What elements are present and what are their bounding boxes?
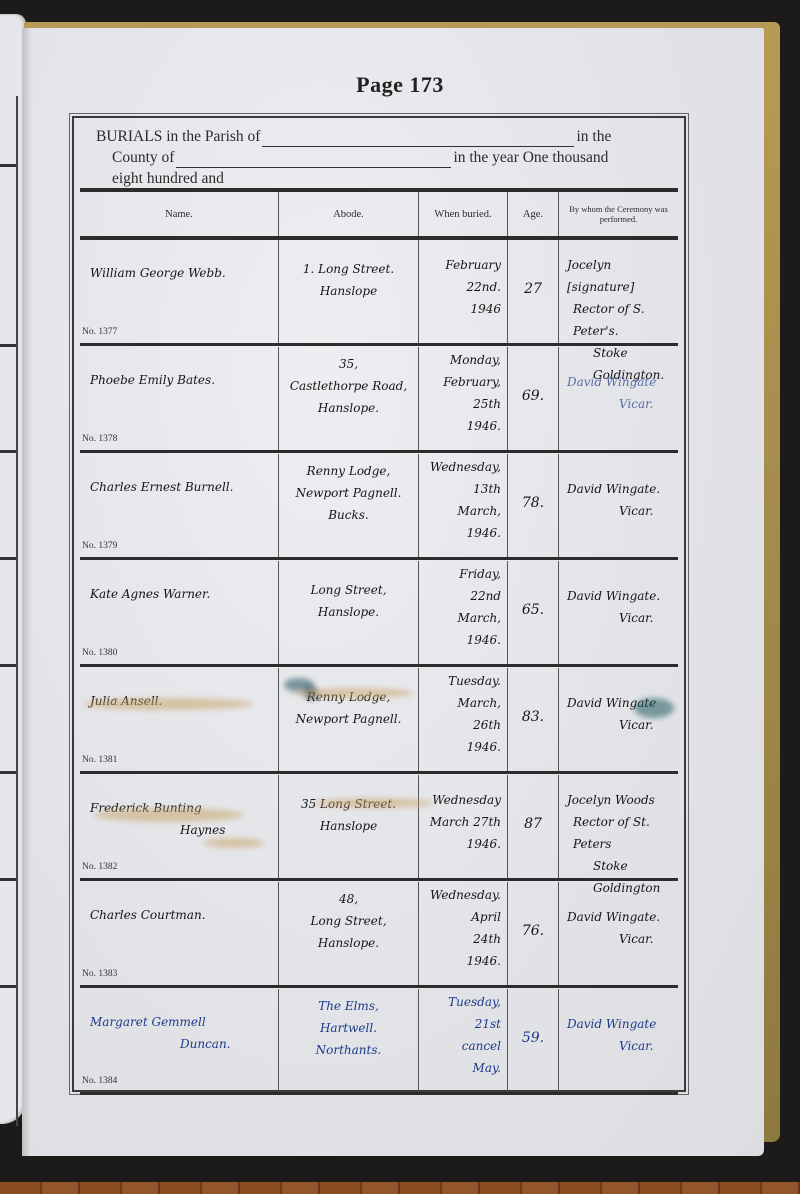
cell-abode: 35,Castlethorpe Road,Hanslope. — [279, 347, 419, 450]
row-divider — [80, 664, 678, 667]
handwritten-line: cancel — [423, 1035, 501, 1057]
cell-when-buried: WednesdayMarch 27th1946. — [419, 775, 508, 878]
entry-abode: Renny Lodge,Newport Pagnell.Bucks. — [285, 460, 412, 526]
cell-age: 27 — [508, 240, 559, 343]
ink-stain — [94, 808, 244, 822]
handwritten-line: David Wingate. — [567, 585, 674, 607]
parish-blank-field — [262, 132, 574, 147]
handwritten-line: Renny Lodge, — [285, 460, 412, 482]
cell-abode: 1. Long Street.Hanslope — [279, 240, 419, 343]
entry-abode: 48,Long Street,Hanslope. — [285, 888, 412, 954]
row-divider — [80, 878, 678, 881]
entry-number: No. 1379 — [82, 541, 117, 551]
entry-burial-date: Friday,22ndMarch,1946. — [423, 563, 501, 651]
handwritten-line: 1946. — [423, 736, 501, 758]
handwritten-line: 1. Long Street. — [285, 258, 412, 280]
handwritten-line: Wednesday — [423, 789, 501, 811]
ink-stain — [634, 698, 674, 718]
year-blank-field — [226, 174, 378, 189]
cell-name: Phoebe Emily Bates.No. 1378 — [80, 347, 279, 450]
cell-abode: 35 Long Street.Hanslope — [279, 775, 419, 878]
entry-burial-date: WednesdayMarch 27th1946. — [423, 789, 501, 855]
burial-entry-row: Charles Ernest Burnell.No. 1379Renny Lod… — [80, 454, 678, 557]
cell-name: Frederick BuntingHaynesNo. 1382 — [80, 775, 279, 878]
cell-when-buried: Wednesday.April24th1946. — [419, 882, 508, 985]
burial-entry-row: Julia Ansell.No. 1381Renny Lodge,Newport… — [80, 668, 678, 771]
handwritten-line: February, — [423, 371, 501, 393]
cell-name: William George Webb.No. 1377 — [80, 240, 279, 343]
handwritten-line: February — [423, 254, 501, 276]
handwritten-line: Vicar. — [567, 928, 674, 950]
page-gutter — [22, 28, 32, 1156]
cell-when-buried: Wednesday,13thMarch,1946. — [419, 454, 508, 557]
entry-number: No. 1377 — [82, 327, 117, 337]
handwritten-line: Bucks. — [285, 504, 412, 526]
handwritten-line: May. — [423, 1057, 501, 1079]
handwritten-line: Monday, — [423, 349, 501, 371]
entry-name: Phoebe Emily Bates. — [90, 369, 272, 391]
column-header-abode: Abode. — [279, 192, 419, 236]
column-header-name: Name. — [80, 192, 279, 236]
ink-stain — [84, 698, 254, 710]
handwritten-line: Jocelyn Woods — [567, 789, 674, 811]
handwritten-line: The Elms, — [285, 995, 412, 1017]
handwritten-line: April — [423, 906, 501, 928]
burial-entry-row: Margaret GemmellDuncan.No. 1384The Elms,… — [80, 989, 678, 1092]
entry-number: No. 1380 — [82, 648, 117, 658]
handwritten-line: Vicar. — [567, 1035, 674, 1057]
row-divider — [80, 450, 678, 453]
cell-officiant: Jocelyn [signature]Rector of S. Peter's.… — [559, 240, 678, 343]
handwritten-line: Phoebe Emily Bates. — [90, 369, 272, 391]
cell-abode: Long Street,Hanslope. — [279, 561, 419, 664]
burial-entry-row: Phoebe Emily Bates.No. 137835,Castlethor… — [80, 347, 678, 450]
cell-officiant: David WingateVicar. — [559, 989, 678, 1092]
entry-age: 27 — [508, 278, 558, 300]
row-divider — [80, 343, 678, 346]
cell-age: 76. — [508, 882, 559, 985]
handwritten-line: 25th — [423, 393, 501, 415]
burial-entry-row: Frederick BuntingHaynesNo. 138235 Long S… — [80, 775, 678, 878]
handwritten-line: Rector of S. Peter's. — [567, 298, 674, 342]
entry-number: No. 1384 — [82, 1076, 117, 1086]
entry-age: 87 — [508, 813, 558, 835]
handwritten-line: 21st — [423, 1013, 501, 1035]
entry-abode: 35,Castlethorpe Road,Hanslope. — [285, 353, 412, 419]
cell-officiant: David Wingate.Vicar. — [559, 561, 678, 664]
entry-burial-date: Wednesday,13thMarch,1946. — [423, 456, 501, 544]
entry-abode: 1. Long Street.Hanslope — [285, 258, 412, 302]
entry-name: William George Webb. — [90, 262, 272, 284]
handwritten-line: 22nd — [423, 585, 501, 607]
handwritten-line: 1946. — [423, 522, 501, 544]
cell-officiant: David WingateVicar. — [559, 347, 678, 450]
entry-number: No. 1382 — [82, 862, 117, 872]
cell-officiant: David WingateVicar. — [559, 668, 678, 771]
heading-year-label: eight hundred and — [112, 168, 224, 189]
column-header-age: Age. — [508, 192, 559, 236]
entry-burial-date: Monday,February,25th1946. — [423, 349, 501, 437]
entry-name: Kate Agnes Warner. — [90, 583, 272, 605]
cell-age: 83. — [508, 668, 559, 771]
facing-page-rule — [0, 664, 16, 667]
entry-name: Charles Courtman. — [90, 904, 272, 926]
cell-abode: The Elms,Hartwell.Northants. — [279, 989, 419, 1092]
cell-name: Kate Agnes Warner.No. 1380 — [80, 561, 279, 664]
handwritten-line: 26th — [423, 714, 501, 736]
handwritten-line: Hanslope — [285, 280, 412, 302]
entry-number: No. 1378 — [82, 434, 117, 444]
handwritten-line: 22nd. — [423, 276, 501, 298]
handwritten-line: Hanslope. — [285, 601, 412, 623]
ink-stain — [204, 838, 264, 848]
handwritten-line: Hanslope — [285, 815, 412, 837]
handwritten-line: March, — [423, 692, 501, 714]
entry-burial-date: February22nd.1946 — [423, 254, 501, 320]
cell-abode: Renny Lodge,Newport Pagnell.Bucks. — [279, 454, 419, 557]
handwritten-line: March, — [423, 500, 501, 522]
facing-page-rule — [0, 344, 16, 347]
handwritten-line: Tuesday, — [423, 991, 501, 1013]
handwritten-line: Wednesday. — [423, 884, 501, 906]
wooden-surface — [0, 1182, 800, 1194]
entry-officiant: David WingateVicar. — [567, 371, 674, 415]
handwritten-line: Hanslope. — [285, 932, 412, 954]
handwritten-line: Northants. — [285, 1039, 412, 1061]
handwritten-line: March, — [423, 607, 501, 629]
entry-name: Charles Ernest Burnell. — [90, 476, 272, 498]
cell-age: 87 — [508, 775, 559, 878]
facing-page-frame — [0, 96, 18, 1126]
entry-age: 76. — [508, 920, 558, 942]
handwritten-line: Friday, — [423, 563, 501, 585]
entry-burial-date: Wednesday.April24th1946. — [423, 884, 501, 972]
row-divider — [80, 557, 678, 560]
entry-officiant: David Wingate.Vicar. — [567, 585, 674, 629]
handwritten-line: David Wingate — [567, 1013, 674, 1035]
cell-when-buried: Tuesday,21stcancelMay. — [419, 989, 508, 1092]
cell-age: 78. — [508, 454, 559, 557]
heading-county-label: County of — [112, 147, 174, 168]
entry-age: 83. — [508, 706, 558, 728]
cell-age: 65. — [508, 561, 559, 664]
cell-name: Julia Ansell.No. 1381 — [80, 668, 279, 771]
row-divider — [80, 985, 678, 988]
handwritten-line: 1946 — [423, 298, 501, 320]
facing-page-rule — [0, 985, 16, 988]
handwritten-line: David Wingate. — [567, 478, 674, 500]
cell-officiant: David Wingate.Vicar. — [559, 882, 678, 985]
burial-register-table: BURIALS in the Parish of in the County o… — [72, 116, 686, 1092]
cell-officiant: Jocelyn WoodsRector of St. PetersStoke G… — [559, 775, 678, 878]
entry-abode: Long Street,Hanslope. — [285, 579, 412, 623]
handwritten-line: William George Webb. — [90, 262, 272, 284]
burial-entry-row: Kate Agnes Warner.No. 1380Long Street,Ha… — [80, 561, 678, 664]
handwritten-line: Duncan. — [90, 1033, 272, 1055]
row-divider — [80, 1092, 678, 1095]
handwritten-line: Rector of St. Peters — [567, 811, 674, 855]
handwritten-line: Hartwell. — [285, 1017, 412, 1039]
cell-officiant: David Wingate.Vicar. — [559, 454, 678, 557]
cell-name: Charles Courtman.No. 1383 — [80, 882, 279, 985]
column-header-when-buried: When buried. — [419, 192, 508, 236]
handwritten-line: Kate Agnes Warner. — [90, 583, 272, 605]
handwritten-line: 1946. — [423, 415, 501, 437]
cell-age: 69. — [508, 347, 559, 450]
handwritten-line: 24th — [423, 928, 501, 950]
handwritten-line: Long Street, — [285, 910, 412, 932]
handwritten-line: 35, — [285, 353, 412, 375]
row-divider — [80, 771, 678, 774]
handwritten-line: Vicar. — [567, 393, 674, 415]
entry-abode: The Elms,Hartwell.Northants. — [285, 995, 412, 1061]
handwritten-line: Newport Pagnell. — [285, 708, 412, 730]
entry-officiant: David Wingate.Vicar. — [567, 478, 674, 522]
handwritten-line: Newport Pagnell. — [285, 482, 412, 504]
facing-page-rule — [0, 450, 16, 453]
handwritten-line: Wednesday, — [423, 456, 501, 478]
handwritten-line: Vicar. — [567, 607, 674, 629]
entry-age: 59. — [508, 1027, 558, 1049]
entry-age: 78. — [508, 492, 558, 514]
handwritten-line: Jocelyn [signature] — [567, 254, 674, 298]
heading-text: in the — [576, 126, 611, 147]
handwritten-line: Charles Ernest Burnell. — [90, 476, 272, 498]
handwritten-line: Long Street, — [285, 579, 412, 601]
handwritten-line: Charles Courtman. — [90, 904, 272, 926]
cell-name: Charles Ernest Burnell.No. 1379 — [80, 454, 279, 557]
register-heading: BURIALS in the Parish of in the County o… — [96, 126, 676, 189]
handwritten-line: Hanslope. — [285, 397, 412, 419]
heading-parish-label: BURIALS in the Parish of — [96, 126, 260, 147]
facing-page-rule — [0, 557, 16, 560]
column-headers: Name. Abode. When buried. Age. By whom t… — [80, 192, 678, 236]
facing-page-rule — [0, 878, 16, 881]
burial-entry-row: Charles Courtman.No. 138348,Long Street,… — [80, 882, 678, 985]
entry-burial-date: Tuesday,21stcancelMay. — [423, 991, 501, 1079]
cell-age: 59. — [508, 989, 559, 1092]
entry-officiant: David Wingate.Vicar. — [567, 906, 674, 950]
burial-entry-row: William George Webb.No. 13771. Long Stre… — [80, 240, 678, 343]
entry-name: Margaret GemmellDuncan. — [90, 1011, 272, 1055]
entry-burial-date: Tuesday.March,26th1946. — [423, 670, 501, 758]
ink-stain — [314, 798, 434, 808]
handwritten-line: Vicar. — [567, 500, 674, 522]
handwritten-line: March 27th — [423, 811, 501, 833]
entry-age: 69. — [508, 385, 558, 407]
handwritten-line: 48, — [285, 888, 412, 910]
cell-abode: 48,Long Street,Hanslope. — [279, 882, 419, 985]
facing-page-rule — [0, 771, 16, 774]
cell-when-buried: Monday,February,25th1946. — [419, 347, 508, 450]
handwritten-line: David Wingate. — [567, 906, 674, 928]
handwritten-line: Castlethorpe Road, — [285, 375, 412, 397]
page-title: Page 173 — [0, 72, 800, 98]
handwritten-line: 13th — [423, 478, 501, 500]
handwritten-line: Tuesday. — [423, 670, 501, 692]
column-header-officiant: By whom the Ceremony was performed. — [559, 192, 678, 236]
cell-when-buried: Tuesday.March,26th1946. — [419, 668, 508, 771]
entry-age: 65. — [508, 599, 558, 621]
county-blank-field — [176, 153, 451, 168]
handwritten-line: 1946. — [423, 833, 501, 855]
heading-text: in the year One thousand — [453, 147, 608, 168]
entry-number: No. 1381 — [82, 755, 117, 765]
cell-name: Margaret GemmellDuncan.No. 1384 — [80, 989, 279, 1092]
handwritten-line: Margaret Gemmell — [90, 1011, 272, 1033]
handwritten-line: David Wingate — [567, 371, 674, 393]
cell-when-buried: February22nd.1946 — [419, 240, 508, 343]
entry-officiant: David WingateVicar. — [567, 1013, 674, 1057]
cell-when-buried: Friday,22ndMarch,1946. — [419, 561, 508, 664]
entry-number: No. 1383 — [82, 969, 117, 979]
facing-page-rule — [0, 164, 16, 167]
handwritten-line: 1946. — [423, 629, 501, 651]
handwritten-line: 1946. — [423, 950, 501, 972]
ink-stain — [294, 688, 414, 698]
